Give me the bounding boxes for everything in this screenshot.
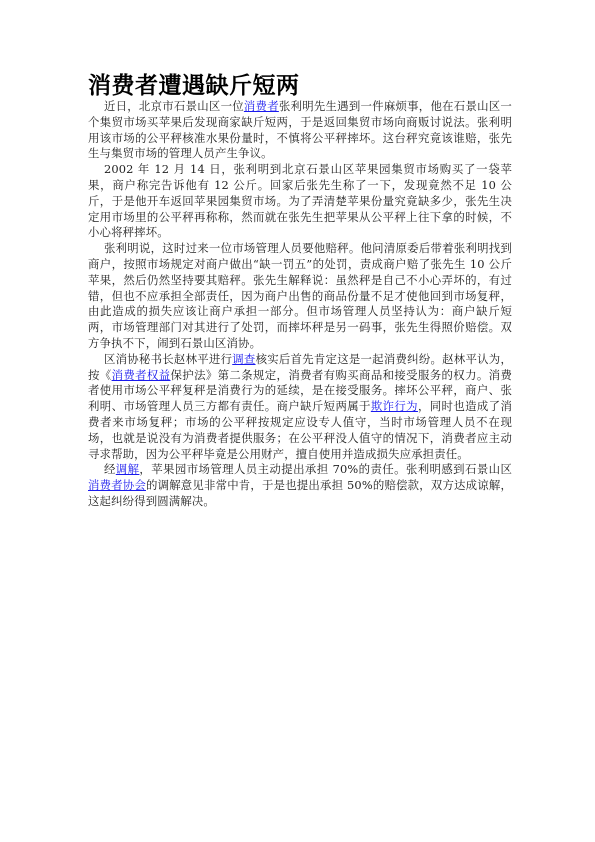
hyperlink[interactable]: 调查 (232, 352, 255, 366)
paragraph-text: 的调解意见非常中肯，于是也提出承担 50%的赔偿款，双方达成谅解，这起纠纷得到圆… (88, 478, 512, 508)
hyperlink[interactable]: 消费者权益 (112, 368, 171, 382)
paragraph-text: 区消协秘书长赵林平进行 (104, 352, 232, 366)
hyperlink[interactable]: 消费者 (244, 99, 279, 113)
hyperlink[interactable]: 消费者协会 (88, 478, 146, 492)
paragraph-text: 张利明说，这时过来一位市场管理人员要他赔秤。他问清原委后带着张利明找到商户，按照… (88, 241, 512, 350)
paragraph-text: ，苹果园市场管理人员主动提出承担 70%的责任。张利明感到石景山区 (139, 462, 512, 476)
paragraph: 区消协秘书长赵林平进行调查核实后首先肯定这是一起消费纠纷。赵林平认为，按《消费者… (88, 352, 512, 463)
hyperlink[interactable]: 欺诈行为 (371, 399, 418, 413)
document-page: 消费者遭遇缺斤短两 近日，北京市石景山区一位消费者张利明先生遇到一件麻烦事，他在… (88, 72, 512, 510)
paragraph: 2002 年 12 月 14 日，张利明到北京石景山区苹果园集贸市场购买了一袋苹… (88, 162, 512, 241)
paragraph: 张利明说，这时过来一位市场管理人员要他赔秤。他问清原委后带着张利明找到商户，按照… (88, 241, 512, 352)
article-body: 近日，北京市石景山区一位消费者张利明先生遇到一件麻烦事，他在石景山区一个集贸市场… (88, 99, 512, 510)
paragraph: 经调解，苹果园市场管理人员主动提出承担 70%的责任。张利明感到石景山区消费者协… (88, 462, 512, 509)
article-title: 消费者遭遇缺斤短两 (88, 72, 512, 99)
paragraph-text: 近日，北京市石景山区一位 (104, 99, 244, 113)
paragraph-text: 经 (104, 462, 116, 476)
paragraph-text: 2002 年 12 月 14 日，张利明到北京石景山区苹果园集贸市场购买了一袋苹… (88, 162, 512, 239)
paragraph: 近日，北京市石景山区一位消费者张利明先生遇到一件麻烦事，他在石景山区一个集贸市场… (88, 99, 512, 162)
hyperlink[interactable]: 调解 (116, 462, 140, 476)
